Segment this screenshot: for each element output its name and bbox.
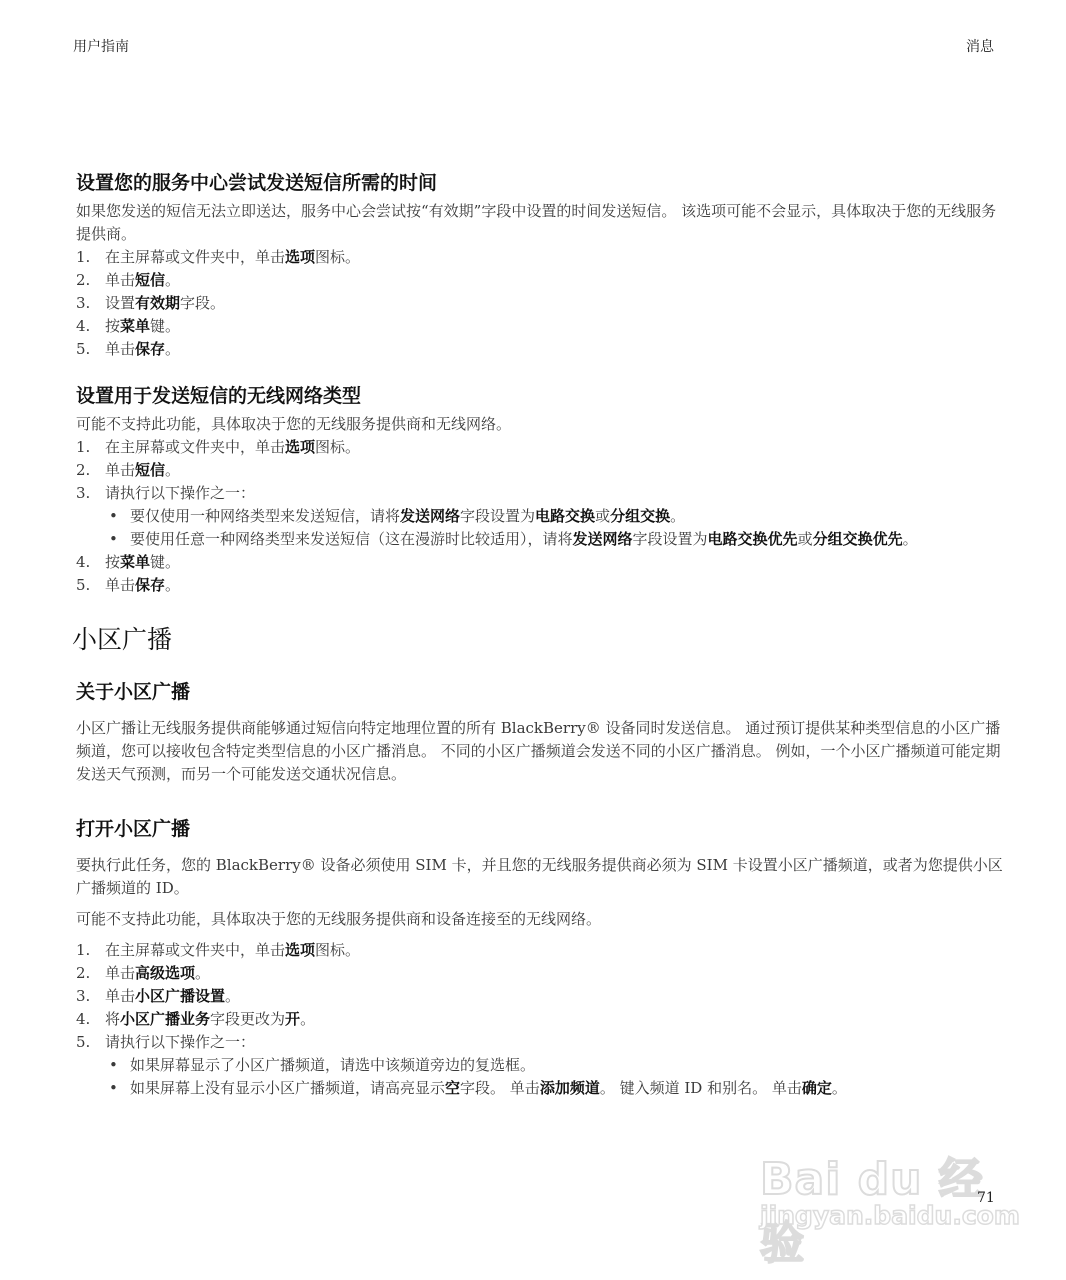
step-item: 4.按菜单键。	[76, 551, 1006, 574]
steps-list: 1.在主屏幕或文件夹中，单击选项图标。 2.单击短信。 3.设置有效期字段。 4…	[76, 246, 1006, 361]
step-item: 2.单击短信。	[76, 459, 1006, 482]
step-item: 1.在主屏幕或文件夹中，单击选项图标。	[76, 246, 1006, 269]
step-item: 3.设置有效期字段。	[76, 292, 1006, 315]
watermark-brand: Bai du 经验	[760, 1143, 1005, 1271]
bullet-icon: •	[109, 528, 118, 551]
step-item: 2.单击短信。	[76, 269, 1006, 292]
step-item: 5.单击保存。	[76, 574, 1006, 597]
step-item: 5.单击保存。	[76, 338, 1006, 361]
bullet-item: •如果屏幕上没有显示小区广播频道，请高亮显示空字段。 单击添加频道。 键入频道 …	[101, 1077, 1006, 1100]
bullet-item: •要使用任意一种网络类型来发送短信（这在漫游时比较适用），请将发送网络字段设置为…	[101, 528, 1006, 551]
bullet-icon: •	[109, 505, 118, 528]
steps-list: 1.在主屏幕或文件夹中，单击选项图标。 2.单击高级选项。 3.单击小区广播设置…	[76, 939, 1006, 1054]
step-item: 5.请执行以下操作之一：	[76, 1031, 1006, 1054]
section-intro: 如果您发送的短信无法立即送达，服务中心会尝试按“有效期”字段中设置的时间发送短信…	[76, 200, 1006, 246]
section-title: 设置您的服务中心尝试发送短信所需的时间	[76, 170, 1006, 196]
subsection-about-cell-broadcast: 关于小区广播 小区广播让无线服务提供商能够通过短信向特定地理位置的所有 Blac…	[76, 679, 1006, 786]
step-item: 2.单击高级选项。	[76, 962, 1006, 985]
bullet-list: •如果屏幕显示了小区广播频道，请选中该频道旁边的复选框。 •如果屏幕上没有显示小…	[76, 1054, 1006, 1100]
subsection-title: 打开小区广播	[76, 816, 1006, 842]
step-item: 1.在主屏幕或文件夹中，单击选项图标。	[76, 436, 1006, 459]
running-header-right: 消息	[966, 36, 994, 56]
bullet-icon: •	[109, 1054, 118, 1077]
chapter-title: 小区广播	[72, 623, 1002, 657]
bullet-item: •要仅使用一种网络类型来发送短信，请将发送网络字段设置为电路交换或分组交换。	[101, 505, 1006, 528]
section-network-type: 设置用于发送短信的无线网络类型 可能不支持此功能，具体取决于您的无线服务提供商和…	[76, 383, 1006, 597]
steps-list-continued: 4.按菜单键。 5.单击保存。	[76, 551, 1006, 597]
steps-list: 1.在主屏幕或文件夹中，单击选项图标。 2.单击短信。 3.请执行以下操作之一：	[76, 436, 1006, 505]
bullet-list: •要仅使用一种网络类型来发送短信，请将发送网络字段设置为电路交换或分组交换。 •…	[76, 505, 1006, 551]
baidu-watermark: Bai du 经验 jingyan.baidu.com	[755, 1135, 1005, 1245]
section-validity-period: 设置您的服务中心尝试发送短信所需的时间 如果您发送的短信无法立即送达，服务中心会…	[76, 170, 1006, 361]
step-item: 3.单击小区广播设置。	[76, 985, 1006, 1008]
page-content: 设置您的服务中心尝试发送短信所需的时间 如果您发送的短信无法立即送达，服务中心会…	[76, 170, 1006, 1100]
step-item: 3.请执行以下操作之一：	[76, 482, 1006, 505]
section-title: 设置用于发送短信的无线网络类型	[76, 383, 1006, 409]
subsection-title: 关于小区广播	[76, 679, 1006, 705]
subsection-turn-on-cell-broadcast: 打开小区广播 要执行此任务，您的 BlackBerry® 设备必须使用 SIM …	[76, 816, 1006, 1100]
section-intro: 可能不支持此功能，具体取决于您的无线服务提供商和无线网络。	[76, 413, 1006, 436]
page-number: 71	[977, 1190, 995, 1206]
bullet-item: •如果屏幕显示了小区广播频道，请选中该频道旁边的复选框。	[101, 1054, 1006, 1077]
bullet-icon: •	[109, 1077, 118, 1100]
step-item: 1.在主屏幕或文件夹中，单击选项图标。	[76, 939, 1006, 962]
running-header-left: 用户指南	[73, 36, 129, 56]
subsection-text: 小区广播让无线服务提供商能够通过短信向特定地理位置的所有 BlackBerry®…	[76, 717, 1006, 786]
step-item: 4.将小区广播业务字段更改为开。	[76, 1008, 1006, 1031]
step-item: 4.按菜单键。	[76, 315, 1006, 338]
availability-note: 可能不支持此功能，具体取决于您的无线服务提供商和设备连接至的无线网络。	[76, 908, 1006, 931]
prerequisite-text: 要执行此任务，您的 BlackBerry® 设备必须使用 SIM 卡，并且您的无…	[76, 854, 1006, 900]
section-cell-broadcast: 小区广播 关于小区广播 小区广播让无线服务提供商能够通过短信向特定地理位置的所有…	[76, 623, 1006, 1100]
